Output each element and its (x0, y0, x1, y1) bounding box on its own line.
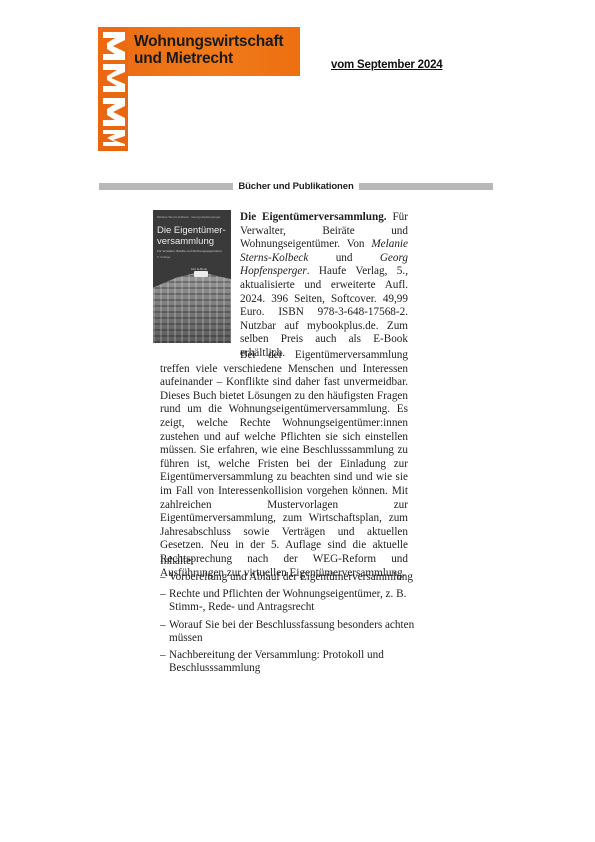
cover-title-line1: Die Eigentümer- (157, 225, 226, 236)
intro-text-c: . Haufe Verlag, 5., aktualisierte und er… (240, 265, 408, 359)
intro-text-b: und (308, 252, 379, 264)
logo-title: Wohnungswirtschaft und Mietrecht (134, 33, 283, 67)
article-body: Bei der Eigentümerversammlung treffen vi… (160, 349, 408, 580)
cover-title: Die Eigentümer- versammlung (157, 225, 226, 247)
contents-item: Nachbereitung der Versammlung: Protokoll… (160, 649, 420, 675)
cover-badge-logo (194, 271, 208, 277)
contents-label: Inhalte: (160, 555, 194, 569)
contents-list: Vorbereitung und Ablauf der Eigentümerve… (160, 571, 420, 679)
logo-title-line1: Wohnungswirtschaft (134, 33, 283, 50)
article-intro: Die Eigentümerversammlung. Für Verwalter… (240, 211, 408, 361)
contents-item: Rechte und Pflichten der Wohnungseigentü… (160, 588, 420, 614)
cover-title-line2: versammlung (157, 236, 226, 247)
article-title: Die Eigentümerversammlung. (240, 211, 387, 223)
section-heading: Bücher und Publikationen (99, 181, 493, 191)
contents-item: Vorbereitung und Ablauf der Eigentümerve… (160, 571, 420, 584)
issue-date: vom September 2024 (331, 59, 442, 71)
cover-edition: 5. Auflage (157, 255, 170, 259)
logo-title-line2: und Mietrecht (134, 50, 283, 67)
section-rule-left (99, 183, 233, 190)
publication-logo: Wohnungswirtschaft und Mietrecht (98, 27, 300, 151)
book-cover-image: Melanie Sterns-Kolbeck · Georg Hopfenspe… (153, 210, 231, 343)
article-body-paragraph: Bei der Eigentümerversammlung treffen vi… (160, 349, 408, 580)
contents-item: Worauf Sie bei der Beschlussfassung beso… (160, 619, 420, 645)
cover-subtitle: Für Verwalter, Beiräte und Wohnungseigen… (157, 249, 222, 253)
section-rule-right (359, 183, 493, 190)
cover-authors: Melanie Sterns-Kolbeck · Georg Hopfenspe… (157, 215, 220, 219)
cover-building-photo (153, 272, 231, 343)
wm-monogram-icon (103, 32, 125, 146)
section-label: Bücher und Publikationen (233, 181, 358, 192)
